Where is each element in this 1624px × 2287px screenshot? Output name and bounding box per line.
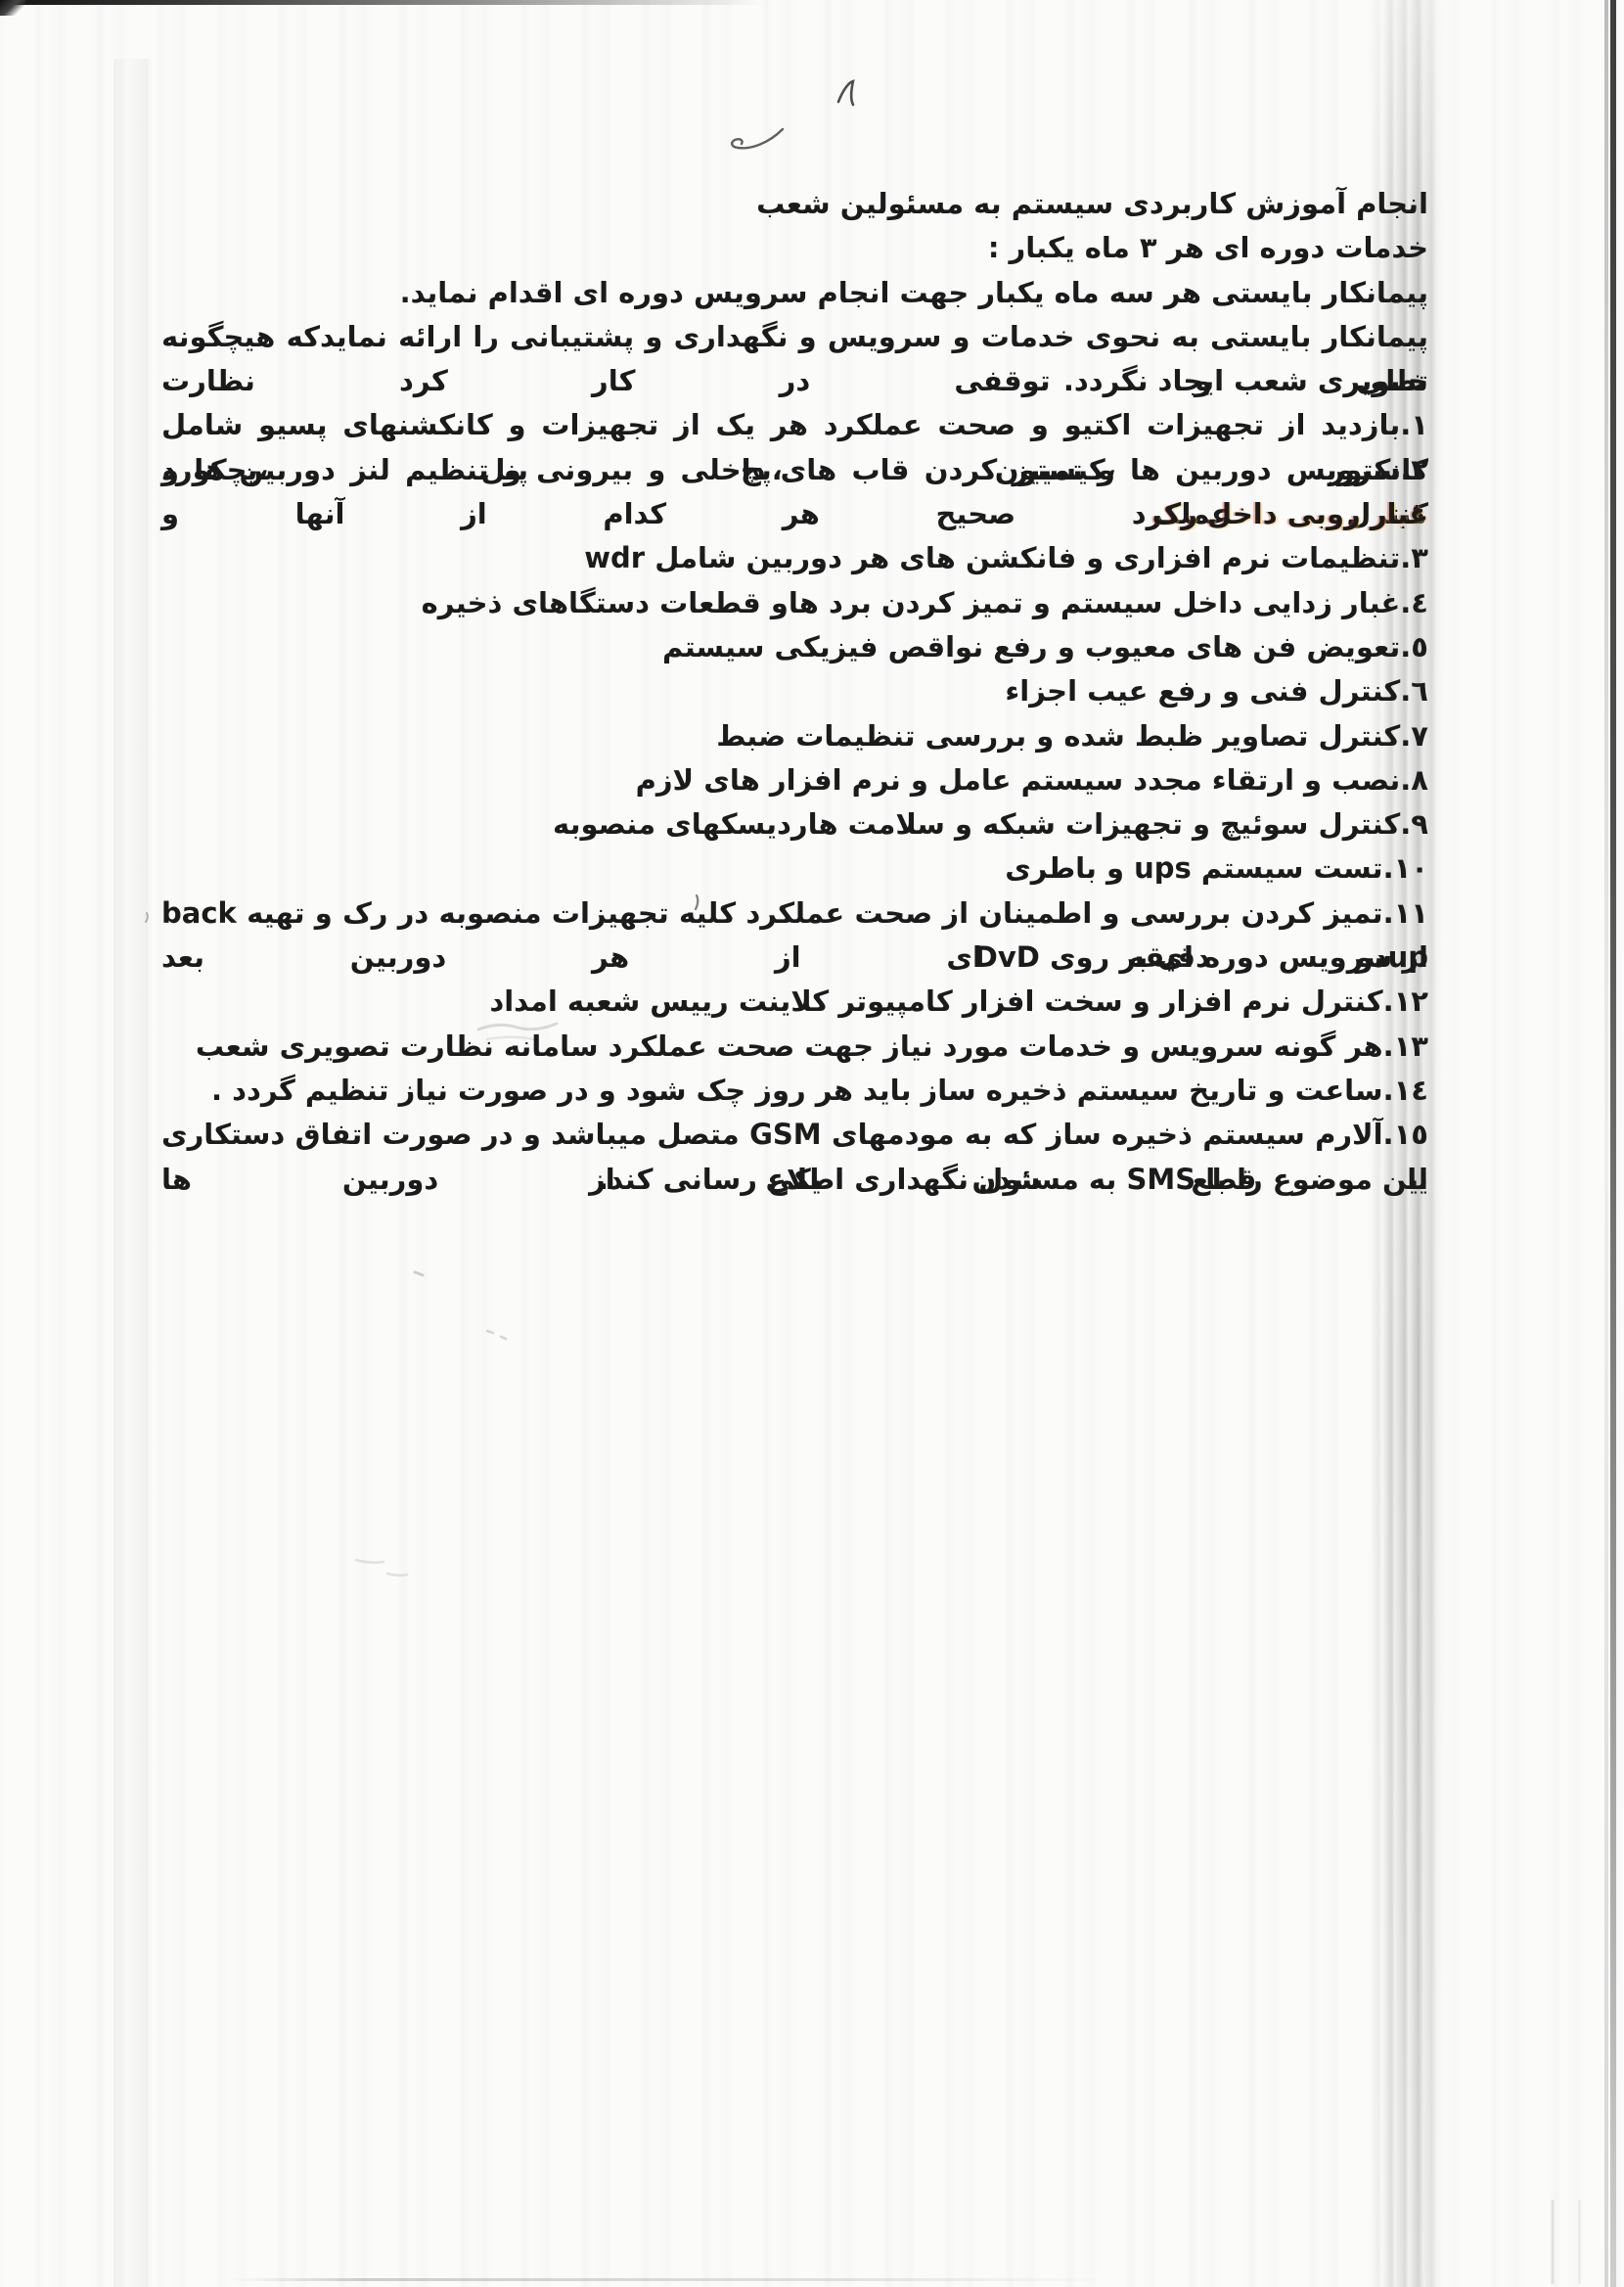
text-line: انجام آموزش کاربردی سیستم به مسئولین شعب (161, 182, 1428, 226)
left-fold-shadow (113, 59, 153, 2287)
text-line: ۱٥.آلارم سیستم ذخیره ساز که به مودمهای G… (161, 1113, 1428, 1157)
document-body: انجام آموزش کاربردی سیستم به مسئولین شعب… (161, 182, 1428, 1202)
text-line: ۹.کنترل سوئیچ و تجهیزات شبکه و سلامت هار… (161, 802, 1428, 846)
top-scan-edge (0, 0, 763, 5)
right-scan-edge (1610, 0, 1616, 2287)
scanned-document-page: { "colors": { "paper": "#fbfbfa", "ink":… (0, 0, 1624, 2287)
text-line: ۱۱.تمیز کردن بررسی و اطمینان از صحت عملک… (161, 892, 1428, 936)
text-line: خدمات دوره ای هر ۳ ماه یکبار : (161, 226, 1428, 270)
text-line: پیمانکار بایستی هر سه ماه یکبار جهت انجا… (161, 271, 1428, 315)
text-line: ٤.غبار زدایی داخل سیستم و تمیز کردن برد … (161, 581, 1428, 625)
top-left-corner-artifact (0, 0, 25, 16)
text-line: ٦.کنترل فنی و رفع عیب اجزاء (161, 669, 1428, 713)
text-line: ۸.نصب و ارتقاء مجدد سیستم عامل و نرم افز… (161, 758, 1428, 802)
text-line: ۱۰.تست سیستم ups و باطری (161, 846, 1428, 891)
text-line: ۱۳.هر گونه سرویس و خدمات مورد نیاز جهت ص… (161, 1025, 1428, 1069)
text-line: ٥.تعویض فن های معیوب و رفع نواقص فیزیکی … (161, 625, 1428, 669)
text-line: ۷.کنترل تصاویر ظبط شده و بررسی تنظیمات ض… (161, 714, 1428, 758)
text-line: ۲.سرویس دوربین ها و تمییز کردن قاب های د… (161, 448, 1428, 492)
bottom-edge-line (230, 2278, 1110, 2281)
text-line: ۱۲.کنترل نرم افزار و سخت افزار کامپیوتر … (161, 980, 1428, 1024)
text-line: ۳.تنظیمات نرم افزاری و فانکشن های هر دور… (161, 536, 1428, 580)
text-line: ۱٤.ساعت و تاریخ سیستم ذخیره ساز باید هر … (161, 1069, 1428, 1113)
text-line: پیمانکار بایستی به نحوی خدمات و سرویس و … (161, 315, 1428, 359)
right-edge-shadow (1604, 0, 1608, 2287)
text-line: ۱.بازدید از تجهیزات اکتیو و صحت عملکرد ه… (161, 403, 1428, 447)
bottom-right-artifacts (1521, 2200, 1607, 2284)
